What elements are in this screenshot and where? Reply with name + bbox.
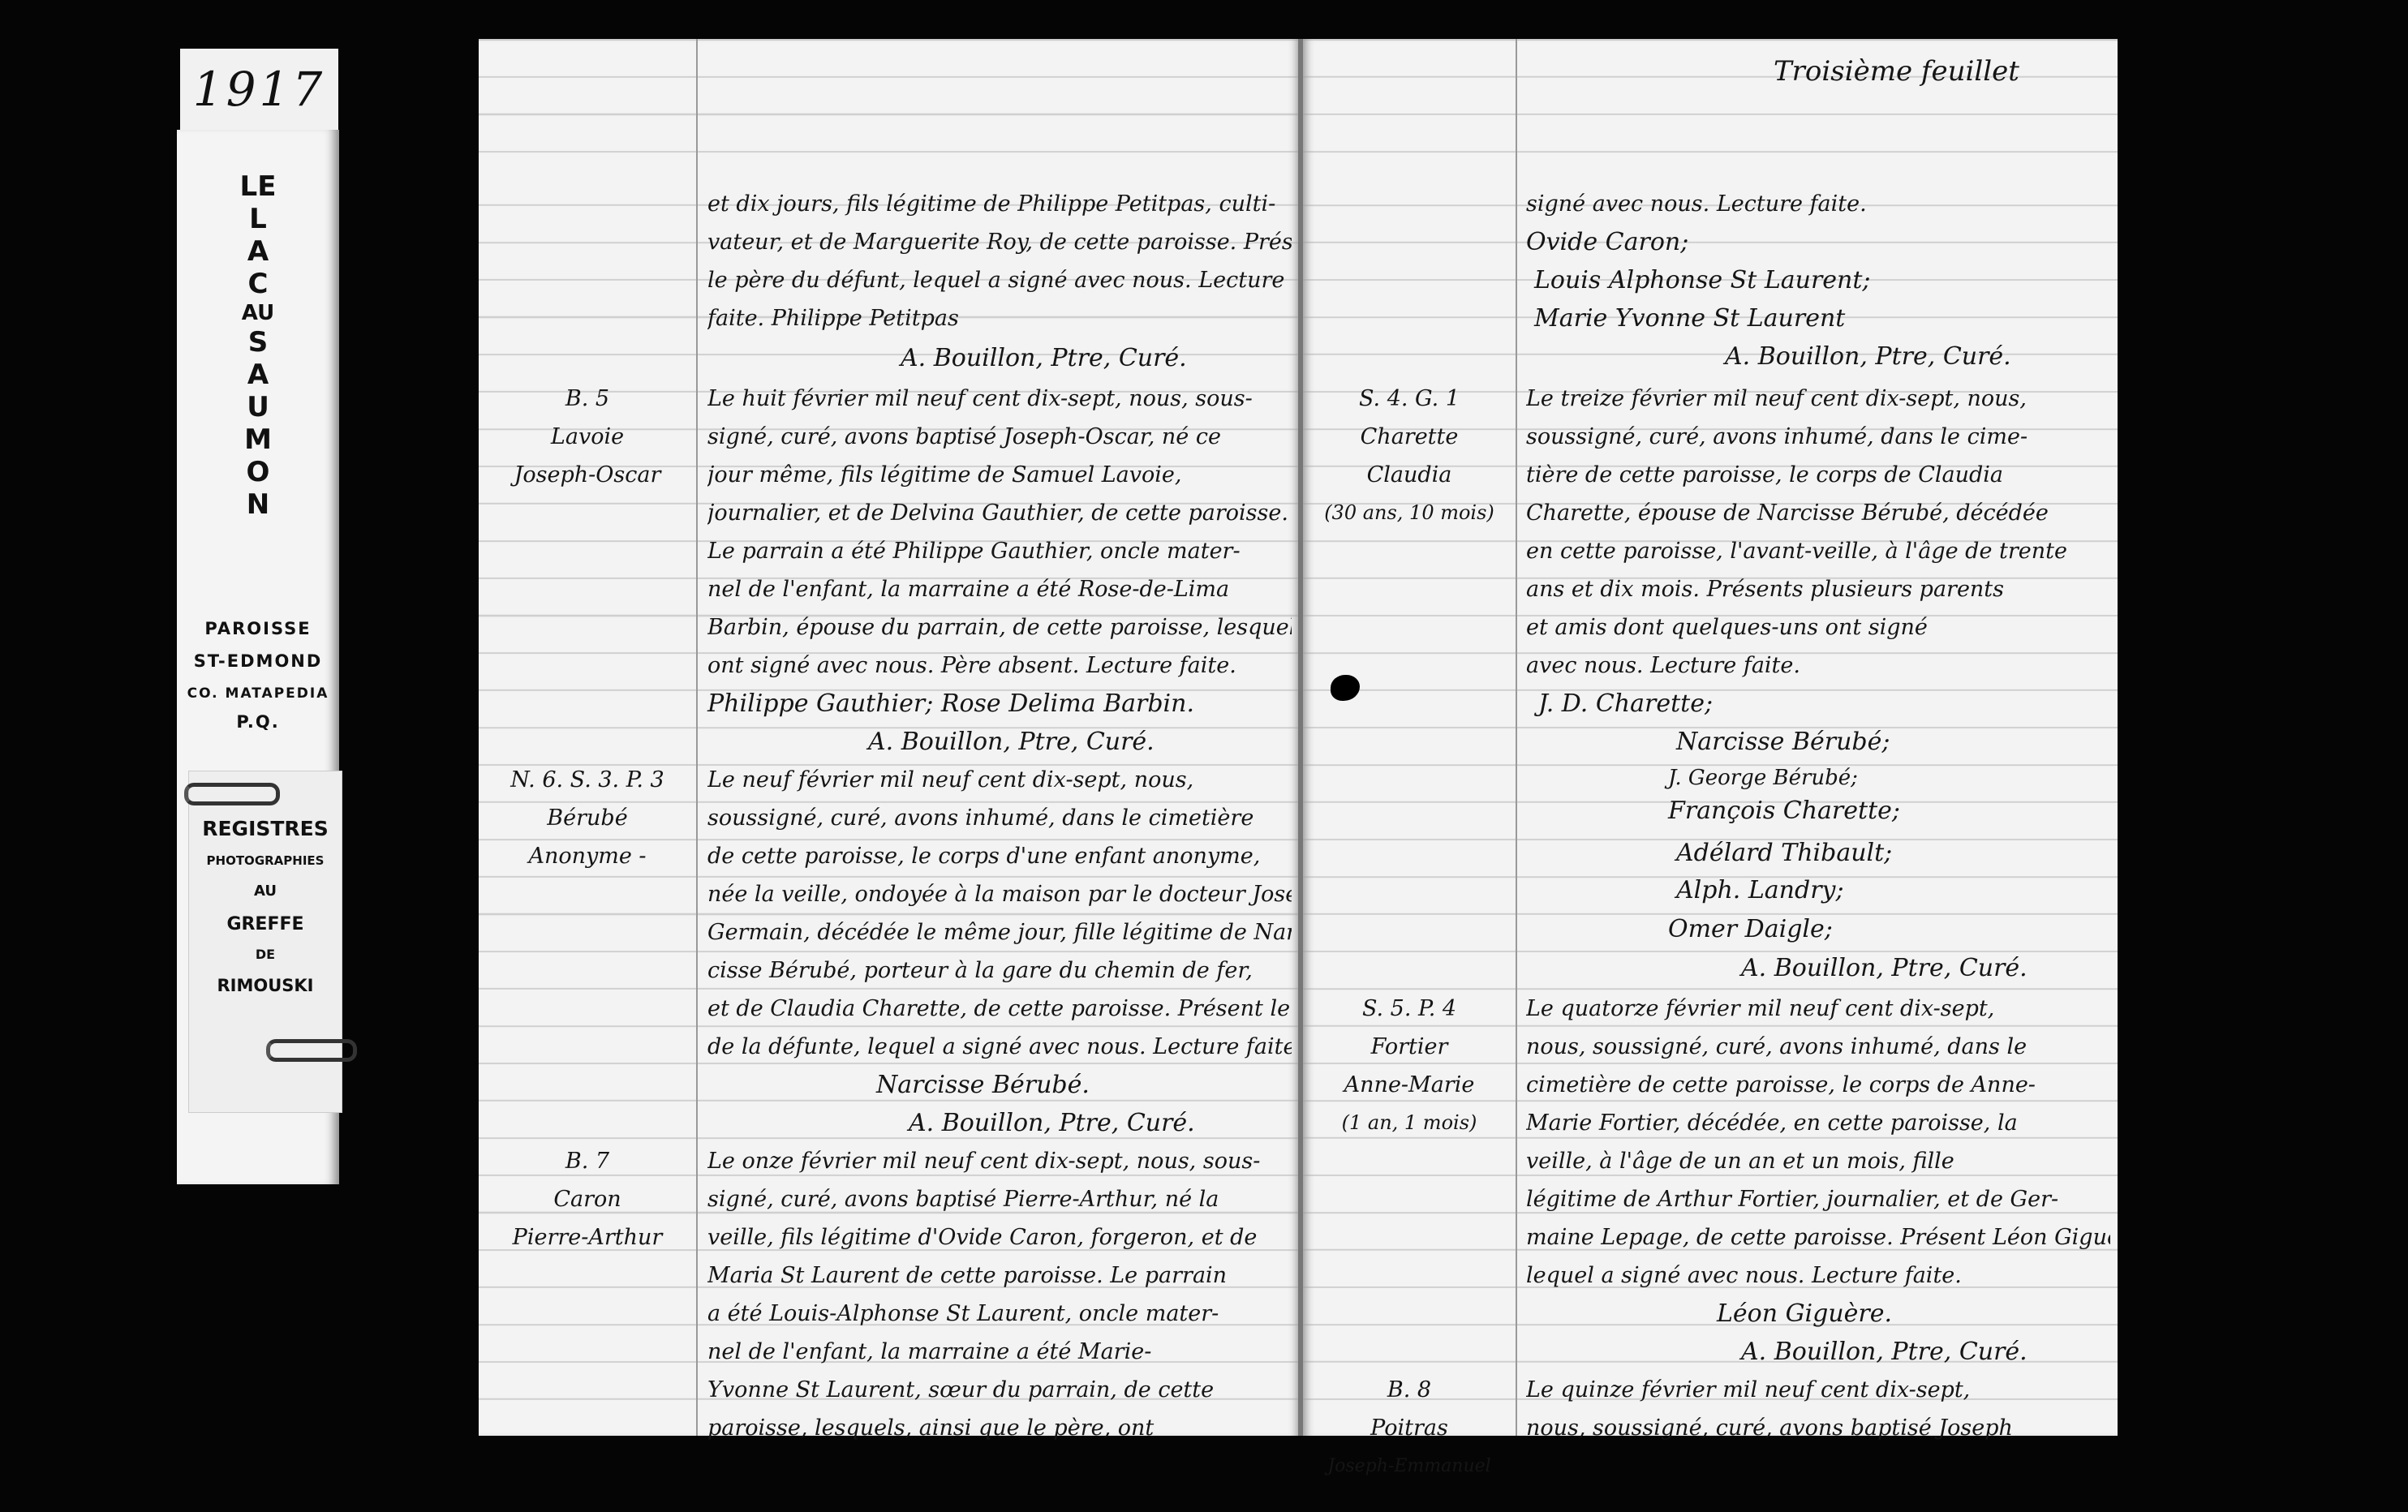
spine-letter: U: [177, 391, 339, 423]
entry-margin-note: B. 7 Caron Pierre-Arthur: [479, 1142, 696, 1256]
priest-signature: A. Bouillon, Ptre, Curé.: [909, 1104, 1195, 1142]
given-name: Joseph-Oscar: [479, 456, 696, 494]
entry-burial-charette: Le treize février mil neuf cent dix-sept…: [1526, 380, 2110, 685]
witness-signature: Marie Yvonne St Laurent: [1534, 299, 1845, 337]
left-page: et dix jours, fils légitime de Philippe …: [479, 39, 1300, 1436]
age-note: (1 an, 1 mois): [1303, 1104, 1516, 1142]
entry-margin-note: B. 8 Poitras Joseph-Emmanuel: [1303, 1371, 1516, 1485]
spine-letter: LE: [177, 170, 339, 203]
text-line: Maria St Laurent de cette paroisse. Le p…: [707, 1256, 1292, 1295]
text-line: cimetière de cette paroisse, le corps de…: [1526, 1066, 2110, 1104]
surname: Poitras: [1303, 1409, 1516, 1447]
priest-signature: A. Bouillon, Ptre, Curé.: [1741, 1333, 2027, 1371]
text-line: Le parrain a été Philippe Gauthier, oncl…: [707, 532, 1292, 570]
text-line: Le quatorze février mil neuf cent dix-se…: [1526, 990, 2110, 1028]
text-line: signé, curé, avons baptisé Pierre-Arthur…: [707, 1180, 1292, 1218]
surname: Bérubé: [479, 799, 696, 837]
text-line: avec nous. Lecture faite.: [1526, 646, 2110, 685]
text-line: veille, fils légitime d'Ovide Caron, for…: [707, 1218, 1292, 1256]
priest-signature: A. Bouillon, Ptre, Curé.: [1725, 337, 2011, 376]
year-tag: 1917: [180, 49, 338, 130]
text-line: nous, soussigné, curé, avons inhumé, dan…: [1526, 1028, 2110, 1066]
text-line: et amis dont quelques-uns ont signé: [1526, 608, 2110, 646]
entry-margin-note: B. 5 Lavoie Joseph-Oscar: [479, 380, 696, 494]
text-line: Barbin, épouse du parrain, de cette paro…: [707, 608, 1292, 646]
witness-signature: Ovide Caron;: [1526, 223, 1688, 261]
surname: Caron: [479, 1180, 696, 1218]
spine-label: LE L A C AU S A U M O N PAROISSE ST-EDMO…: [177, 130, 339, 1184]
spine-letter: A: [177, 235, 339, 268]
priest-signature: A. Bouillon, Ptre, Curé.: [868, 723, 1155, 761]
entry-margin-note: N. 6. S. 3. P. 3 Bérubé Anonyme -: [479, 761, 696, 875]
record-code: B. 7: [479, 1142, 696, 1180]
text-line: signé avec nous. Lecture faite.: [1526, 185, 2110, 223]
folio-header: Troisième feuillet: [1774, 55, 2019, 88]
text-line: ans et dix mois. Présents plusieurs pare…: [1526, 570, 2110, 608]
surname: Fortier: [1303, 1028, 1516, 1066]
margin-rule: [696, 39, 698, 1436]
text-line: Le quinze février mil neuf cent dix-sept…: [1526, 1371, 2110, 1409]
right-page: Troisième feuillet signé avec nous. Lect…: [1303, 39, 2118, 1436]
entry-continuation: et dix jours, fils légitime de Philippe …: [707, 185, 1292, 337]
witness-signature: Omer Daigle;: [1668, 910, 1833, 948]
text-line: soussigné, curé, avons inhumé, dans le c…: [707, 799, 1292, 837]
text-line: Marie Fortier, décédée, en cette paroiss…: [1526, 1104, 2110, 1142]
witness-signature: Adélard Thibault;: [1676, 834, 1892, 872]
text-line: paroisse, lesquels, ainsi que le père, o…: [707, 1409, 1292, 1447]
text-line: Germain, décédée le même jour, fille lég…: [707, 913, 1292, 951]
entry-continuation: signé avec nous. Lecture faite.: [1526, 185, 2110, 223]
archive-card: REGISTRES PHOTOGRAPHIES AU GREFFE DE RIM…: [188, 771, 342, 1113]
card-line: GREFFE: [189, 908, 342, 942]
text-line: ont signé avec nous. Père absent. Lectur…: [707, 646, 1292, 685]
parish-line: ST-EDMOND: [177, 645, 339, 677]
surname: Lavoie: [479, 418, 696, 456]
given-name: Claudia: [1303, 456, 1516, 494]
text-line: maine Lepage, de cette paroisse. Présent…: [1526, 1218, 2110, 1256]
text-line: Le neuf février mil neuf cent dix-sept, …: [707, 761, 1292, 799]
entry-margin-note: S. 5. P. 4 Fortier Anne-Marie (1 an, 1 m…: [1303, 990, 1516, 1142]
parish-line: PAROISSE: [177, 612, 339, 645]
parish-info: PAROISSE ST-EDMOND CO. MATAPEDIA P.Q.: [177, 612, 339, 734]
witness-signature: Narcisse Bérubé.: [876, 1066, 1090, 1104]
entry-margin-note: S. 4. G. 1 Charette Claudia (30 ans, 10 …: [1303, 380, 1516, 532]
entry-burial-fortier: Le quatorze février mil neuf cent dix-se…: [1526, 990, 2110, 1295]
text-line: veille, à l'âge de un an et un mois, fil…: [1526, 1142, 2110, 1180]
text-line: nel de l'enfant, la marraine a été Marie…: [707, 1333, 1292, 1371]
text-line: le père du défunt, lequel a signé avec n…: [707, 261, 1292, 299]
text-line: Yvonne St Laurent, sœur du parrain, de c…: [707, 1371, 1292, 1409]
parish-line: CO. MATAPEDIA: [177, 677, 339, 710]
spine-letter: A: [177, 359, 339, 391]
witness-signature: J. D. Charette;: [1538, 685, 1713, 723]
record-code: S. 4. G. 1: [1303, 380, 1516, 418]
record-code: B. 5: [479, 380, 696, 418]
surname: Charette: [1303, 418, 1516, 456]
spine-letter: N: [177, 488, 339, 521]
text-line: vateur, et de Marguerite Roy, de cette p…: [707, 223, 1292, 261]
parish-line: P.Q.: [177, 710, 339, 734]
witness-signatures: Philippe Gauthier; Rose Delima Barbin.: [707, 685, 1194, 723]
text-line: soussigné, curé, avons inhumé, dans le c…: [1526, 418, 2110, 456]
spine-letter: L: [177, 203, 339, 235]
given-name: Anonyme -: [479, 837, 696, 875]
age-note: (30 ans, 10 mois): [1303, 494, 1516, 532]
text-line: Le onze février mil neuf cent dix-sept, …: [707, 1142, 1292, 1180]
text-line: jour même, fils légitime de Samuel Lavoi…: [707, 456, 1292, 494]
text-line: et dix jours, fils légitime de Philippe …: [707, 185, 1292, 223]
parish-name-vertical: LE L A C AU S A U M O N: [177, 170, 339, 521]
witness-signature: Narcisse Bérubé;: [1676, 723, 1890, 761]
record-code: N. 6. S. 3. P. 3: [479, 761, 696, 799]
text-line: cisse Bérubé, porteur à la gare du chemi…: [707, 951, 1292, 990]
text-line: et de Claudia Charette, de cette paroiss…: [707, 990, 1292, 1028]
text-line: tière de cette paroisse, le corps de Cla…: [1526, 456, 2110, 494]
text-line: lequel a signé avec nous. Lecture faite.: [1526, 1256, 2110, 1295]
text-line: Le treize février mil neuf cent dix-sept…: [1526, 380, 2110, 418]
given-name: Anne-Marie: [1303, 1066, 1516, 1104]
signature: Philippe Petitpas: [772, 306, 959, 331]
spine-letter: S: [177, 326, 339, 359]
paperclip-icon: [266, 1039, 357, 1062]
text-line: de cette paroisse, le corps d'une enfant…: [707, 837, 1292, 875]
given-name: Joseph-Emmanuel: [1303, 1447, 1516, 1485]
spine-letter: C: [177, 268, 339, 300]
witness-signature: Louis Alphonse St Laurent;: [1534, 261, 1871, 299]
priest-signature: A. Bouillon, Ptre, Curé.: [1741, 949, 2027, 987]
text-line: nous, soussigné, curé, avons baptisé Jos…: [1526, 1409, 2110, 1447]
text-line: faite. Philippe Petitpas: [707, 299, 1292, 337]
text-line: Le huit février mil neuf cent dix-sept, …: [707, 380, 1292, 418]
spine-letter: M: [177, 423, 339, 456]
witness-signature: Alph. Landry;: [1676, 871, 1844, 909]
paperclip-icon: [184, 783, 280, 805]
text-line: légitime de Arthur Fortier, journalier, …: [1526, 1180, 2110, 1218]
text-line: née la veille, ondoyée à la maison par l…: [707, 875, 1292, 913]
margin-rule: [1516, 39, 1517, 1436]
record-code: S. 5. P. 4: [1303, 990, 1516, 1028]
card-line: PHOTOGRAPHIES: [189, 846, 342, 875]
text-line: de la défunte, lequel a signé avec nous.…: [707, 1028, 1292, 1066]
record-code: B. 8: [1303, 1371, 1516, 1409]
card-line: DE: [189, 942, 342, 968]
entry-baptism-lavoie: Le huit février mil neuf cent dix-sept, …: [707, 380, 1292, 685]
card-line: AU: [189, 875, 342, 908]
card-line: RIMOUSKI: [189, 968, 342, 1003]
entry-baptism-caron: Le onze février mil neuf cent dix-sept, …: [707, 1142, 1292, 1447]
witness-signature: François Charette;: [1668, 792, 1900, 830]
text-line: Charette, épouse de Narcisse Bérubé, déc…: [1526, 494, 2110, 532]
text-line: signé, curé, avons baptisé Joseph-Oscar,…: [707, 418, 1292, 456]
priest-signature: A. Bouillon, Ptre, Curé.: [901, 339, 1187, 377]
text-line: en cette paroisse, l'avant-veille, à l'â…: [1526, 532, 2110, 570]
card-line: REGISTRES: [189, 812, 342, 846]
spine-letter: AU: [177, 300, 339, 326]
text-line: journalier, et de Delvina Gauthier, de c…: [707, 494, 1292, 532]
entry-burial-anonyme: Le neuf février mil neuf cent dix-sept, …: [707, 761, 1292, 1066]
spine-letter: O: [177, 456, 339, 488]
given-name: Pierre-Arthur: [479, 1218, 696, 1256]
witness-signature: Léon Giguère.: [1717, 1295, 1892, 1333]
entry-baptism-poitras: Le quinze février mil neuf cent dix-sept…: [1526, 1371, 2110, 1447]
text-line: nel de l'enfant, la marraine a été Rose-…: [707, 570, 1292, 608]
text-line: a été Louis-Alphonse St Laurent, oncle m…: [707, 1295, 1292, 1333]
